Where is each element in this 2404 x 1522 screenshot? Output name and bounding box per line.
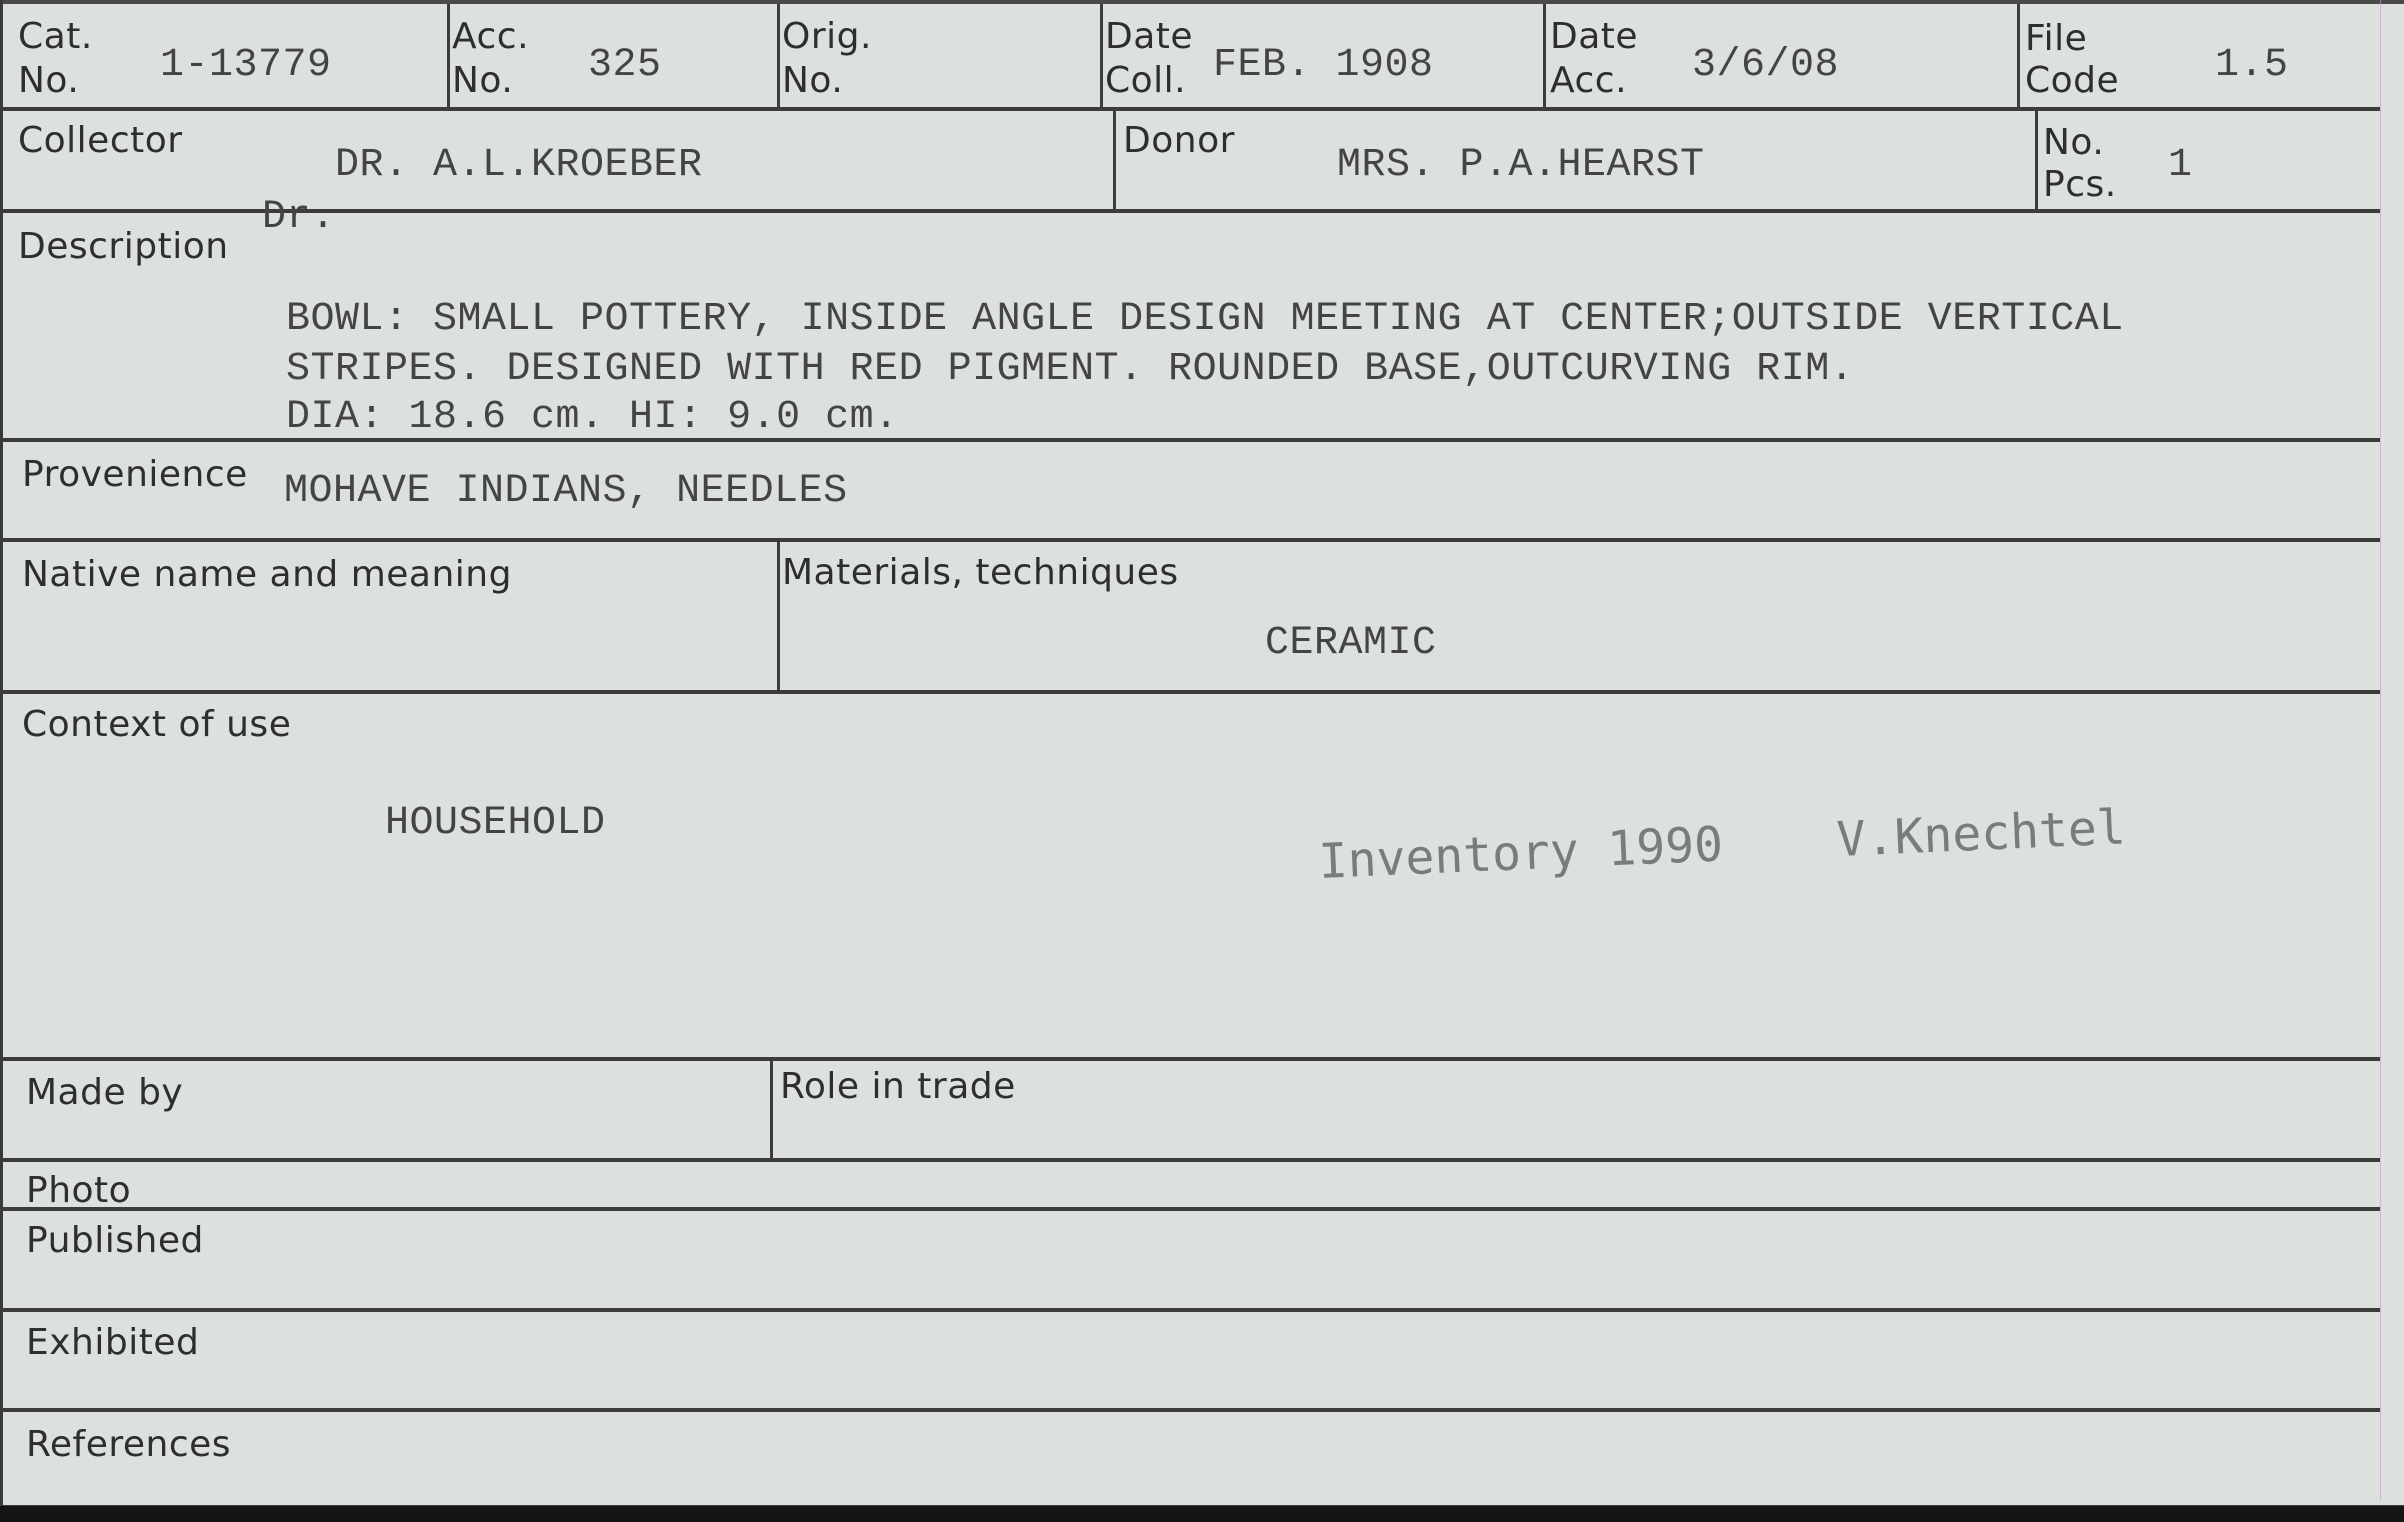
no-pcs-label-top: No. [2043, 122, 2104, 164]
collector-label: Collector [18, 120, 183, 162]
references-label: References [26, 1424, 231, 1466]
context-of-use-value: HOUSEHOLD [385, 800, 606, 848]
donor-label: Donor [1123, 120, 1235, 162]
donor-value: MRS. P.A.HEARST [1337, 142, 1705, 190]
inventory-stamp-signature: V.Knechtel [1836, 799, 2127, 868]
description-label: Description [18, 226, 229, 268]
card-left-edge [0, 0, 3, 1506]
collector-overtyped: Dr. [262, 194, 336, 242]
description-line-3: DIA: 18.6 cm. HI: 9.0 cm. [286, 394, 899, 442]
role-in-trade-label: Role in trade [780, 1066, 1016, 1108]
divider-madeby [0, 1158, 2380, 1162]
collector-value: DR. A.L.KROEBER [335, 142, 703, 190]
exhibited-label: Exhibited [26, 1322, 199, 1364]
no-pcs-label-bottom: Pcs. [2043, 164, 2117, 206]
divider-row2 [0, 209, 2380, 213]
cat-no-label-bottom: No. [18, 60, 79, 102]
divider-row1 [0, 107, 2380, 111]
divider-orig-datecoll [1100, 4, 1103, 108]
cat-no-label-top: Cat. [18, 16, 93, 58]
context-of-use-label: Context of use [22, 704, 291, 746]
inventory-stamp-text: Inventory 1990 [1318, 816, 1725, 890]
divider-context [0, 1057, 2380, 1061]
materials-label: Materials, techniques [782, 552, 1179, 594]
divider-native-materials [0, 690, 2380, 694]
divider-cat-acc [447, 4, 450, 108]
description-line-2: STRIPES. DESIGNED WITH RED PIGMENT. ROUN… [286, 346, 1854, 394]
date-acc-label-bottom: Acc. [1550, 60, 1627, 102]
provenience-label: Provenience [22, 454, 248, 496]
cat-no-value: 1-13779 [160, 42, 332, 90]
divider-published [0, 1308, 2380, 1312]
made-by-label: Made by [26, 1072, 183, 1114]
photo-label: Photo [26, 1170, 131, 1212]
published-label: Published [26, 1220, 204, 1262]
native-name-label: Native name and meaning [22, 554, 512, 596]
description-line-1: BOWL: SMALL POTTERY, INSIDE ANGLE DESIGN… [286, 296, 2124, 344]
orig-no-label-top: Orig. [782, 16, 872, 58]
date-acc-value: 3/6/08 [1692, 42, 1839, 90]
margin-line [2380, 0, 2381, 1500]
date-coll-label-bottom: Coll. [1105, 60, 1186, 102]
divider-madeby-role [770, 1058, 773, 1160]
file-code-label-bottom: Code [2025, 60, 2119, 102]
divider-datecoll-dateacc [1543, 4, 1546, 108]
divider-provenience [0, 538, 2380, 542]
date-coll-label-top: Date [1105, 16, 1193, 58]
card-top-edge [0, 0, 2404, 4]
catalog-card: Cat. No. 1-13779 Acc. No. 325 Orig. No. … [0, 0, 2404, 1506]
date-acc-label-top: Date [1550, 16, 1638, 58]
materials-value: CERAMIC [1265, 620, 1437, 668]
file-code-value: 1.5 [2215, 42, 2289, 90]
date-coll-value: FEB. 1908 [1213, 42, 1434, 90]
divider-photo [0, 1207, 2380, 1211]
divider-acc-orig [777, 4, 780, 108]
divider-donor-pcs [2035, 110, 2038, 210]
file-code-label-top: File [2025, 18, 2087, 60]
orig-no-label-bottom: No. [782, 60, 843, 102]
scan-bottom-edge [0, 1506, 2404, 1522]
divider-dateacc-filecode [2017, 4, 2020, 108]
acc-no-label-bottom: No. [452, 60, 513, 102]
acc-no-value: 325 [588, 42, 662, 90]
divider-native-materials-vertical [777, 540, 780, 692]
divider-exhibited [0, 1408, 2380, 1412]
acc-no-label-top: Acc. [452, 16, 529, 58]
divider-collector-donor [1113, 110, 1116, 210]
provenience-value: MOHAVE INDIANS, NEEDLES [284, 468, 848, 516]
no-pcs-value: 1 [2168, 142, 2193, 190]
